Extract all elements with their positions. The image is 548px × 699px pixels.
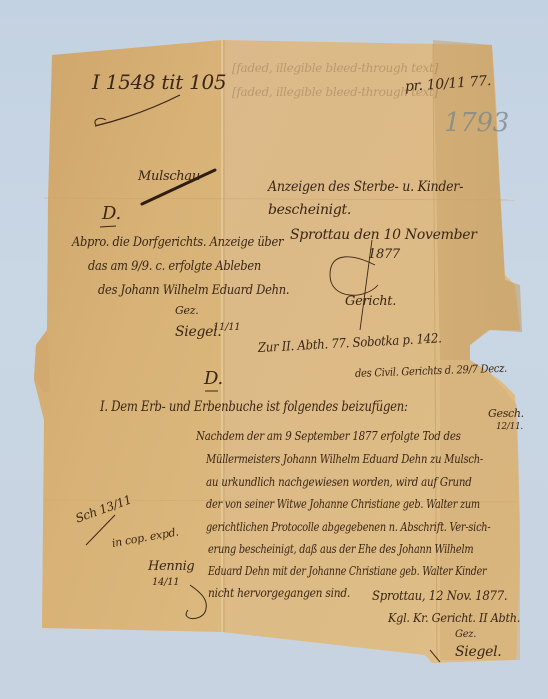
body-line-1: Nachdem der am 9 September 1877 erfolgte… bbox=[196, 430, 461, 443]
body-line-5: gerichtlichen Protocolle abgegebenen n. … bbox=[206, 521, 490, 534]
left-initial: Gez. bbox=[175, 305, 198, 316]
margin-note: Gesch. bbox=[488, 408, 524, 419]
court-name: Kgl. Kr. Gericht. II Abth. bbox=[388, 612, 520, 625]
body-line-4: der von seiner Witwe Johanne Christiane … bbox=[206, 498, 480, 511]
body-seal: Siegel. bbox=[455, 645, 501, 659]
dateline-year: 1877 bbox=[368, 248, 400, 261]
section-marker-left: D. bbox=[102, 205, 121, 223]
margin-note-date: 12/11. bbox=[496, 423, 523, 432]
bottom-left-date: 14/11 bbox=[152, 578, 179, 588]
left-line-3: des Johann Wilhelm Eduard Dehn. bbox=[98, 284, 289, 297]
dateline: Sprottau den 10 November bbox=[290, 228, 477, 242]
body-line-6: erung bescheinigt, daß aus der Ehe des J… bbox=[208, 543, 473, 556]
left-line-2: das am 9/9. c. erfolgte Ableben bbox=[88, 260, 261, 273]
left-fraction: 11/11 bbox=[213, 323, 240, 333]
faded-header-line-1: [faded, illegible bleed-through text] bbox=[232, 62, 438, 74]
right-line-1: Anzeigen des Sterbe- u. Kinder- bbox=[268, 180, 463, 194]
bottom-left-signature: Hennig bbox=[148, 560, 194, 573]
section-marker-body: D. bbox=[204, 370, 223, 388]
pencil-number: 1793 bbox=[444, 110, 509, 136]
left-line-1: Abpro. die Dorfgerichts. Anzeige über bbox=[72, 236, 283, 249]
body-initial: Gez. bbox=[455, 630, 476, 640]
body-line-8: nicht hervorgegangen sind. bbox=[208, 587, 350, 600]
body-heading: I. Dem Erb- und Erbenbuche ist folgendes… bbox=[100, 401, 408, 415]
body-line-7: Eduard Dehn mit der Johanne Christiane g… bbox=[208, 565, 486, 578]
right-line-2: bescheinigt. bbox=[268, 203, 351, 217]
reference-number: I 1548 tit 105 bbox=[92, 72, 226, 92]
body-line-3: au urkundlich nachgewiesen worden, wird … bbox=[206, 476, 472, 489]
place-name: Mulschau bbox=[138, 170, 200, 183]
document-photo: I 1548 tit 105 [faded, illegible bleed-t… bbox=[0, 0, 548, 699]
body-line-2: Müllermeisters Johann Wilhelm Eduard Deh… bbox=[206, 453, 483, 466]
closing-place-date: Sprottau, 12 Nov. 1877. bbox=[372, 590, 507, 603]
right-signature: Gericht. bbox=[345, 295, 396, 308]
